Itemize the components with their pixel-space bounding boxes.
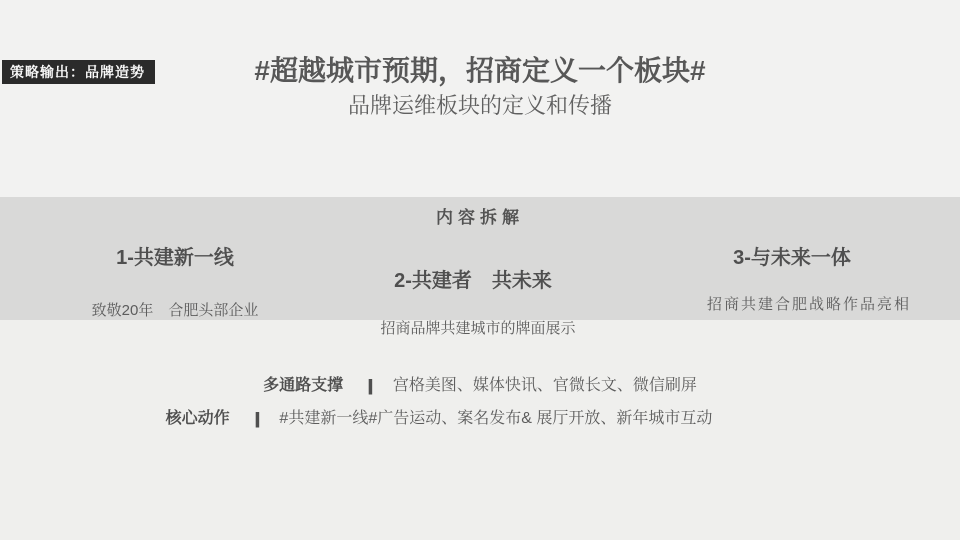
- presentation-slide: 策略输出：品牌造势 #超越城市预期，招商定义一个板块# 品牌运维板块的定义和传播…: [0, 0, 960, 540]
- column-1-description: 致敬20年 合肥头部企业: [35, 303, 315, 320]
- column-2-description: 招商品牌共建城市的牌面展示: [338, 321, 618, 338]
- channels-row-content: 宫格美图、媒体快讯、官微长文、微信刷屏: [393, 377, 697, 395]
- core-actions-row: 核心动作 | #共建新一线#广告运动、案名发布& 展厅开放、新年城市互动: [0, 409, 960, 429]
- column-3-heading: 3-与未来一体: [652, 247, 932, 269]
- slide-title: #超越城市预期，招商定义一个板块#: [0, 55, 960, 87]
- channels-row-inner: 多通路支撑 | 宫格美图、媒体快讯、官微长文、微信刷屏: [263, 376, 697, 396]
- column-1-heading: 1-共建新一线: [35, 247, 315, 269]
- band-heading: 内容拆解: [0, 209, 960, 228]
- slide-subtitle: 品牌运维板块的定义和传播: [0, 93, 960, 118]
- column-3-description: 招商共建合肥战略作品亮相: [669, 297, 949, 314]
- lower-background-zone: [0, 320, 960, 540]
- channels-row-label: 多通路支撑: [263, 377, 343, 395]
- column-2-heading: 2-共建者 共未来: [333, 270, 613, 292]
- separator-bar: |: [367, 376, 375, 396]
- core-actions-row-content: #共建新一线#广告运动、案名发布& 展厅开放、新年城市互动: [279, 410, 712, 428]
- separator-bar: |: [253, 409, 261, 429]
- channels-row: 多通路支撑 | 宫格美图、媒体快讯、官微长文、微信刷屏: [0, 376, 960, 396]
- core-actions-row-label: 核心动作: [166, 410, 230, 428]
- core-actions-row-inner: 核心动作 | #共建新一线#广告运动、案名发布& 展厅开放、新年城市互动: [166, 409, 713, 429]
